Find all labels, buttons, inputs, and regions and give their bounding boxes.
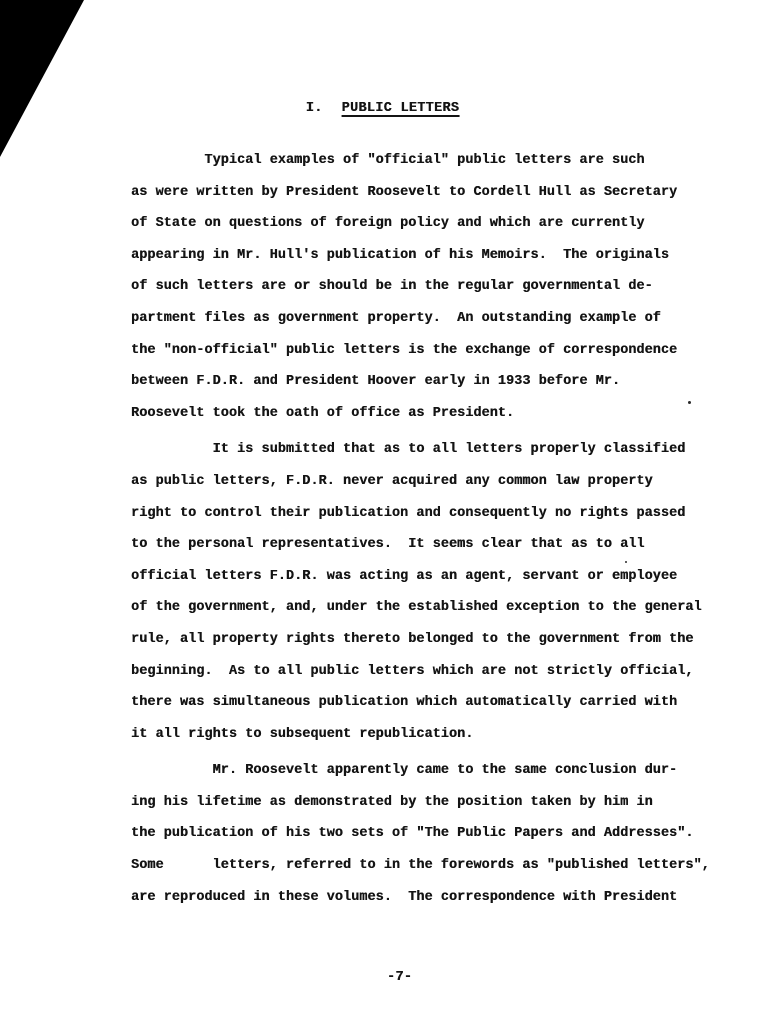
section-heading: PUBLIC LETTERS xyxy=(342,101,460,116)
scan-speck xyxy=(688,401,691,404)
paragraph-property-rights-argument: It is submitted that as to all letters p… xyxy=(131,434,746,750)
section-title: I.PUBLIC LETTERS xyxy=(0,101,765,116)
page-number: -7- xyxy=(387,970,412,985)
document-body: Typical examples of "official" public le… xyxy=(131,145,746,918)
section-numeral: I. xyxy=(306,101,323,116)
scan-corner-artifact xyxy=(0,0,84,157)
paragraph-roosevelt-conclusion: Mr. Roosevelt apparently came to the sam… xyxy=(131,755,746,913)
scan-speck xyxy=(625,561,627,563)
scanned-document-page: I.PUBLIC LETTERS Typical examples of "of… xyxy=(0,0,765,1022)
paragraph-public-letters-examples: Typical examples of "official" public le… xyxy=(131,145,746,429)
